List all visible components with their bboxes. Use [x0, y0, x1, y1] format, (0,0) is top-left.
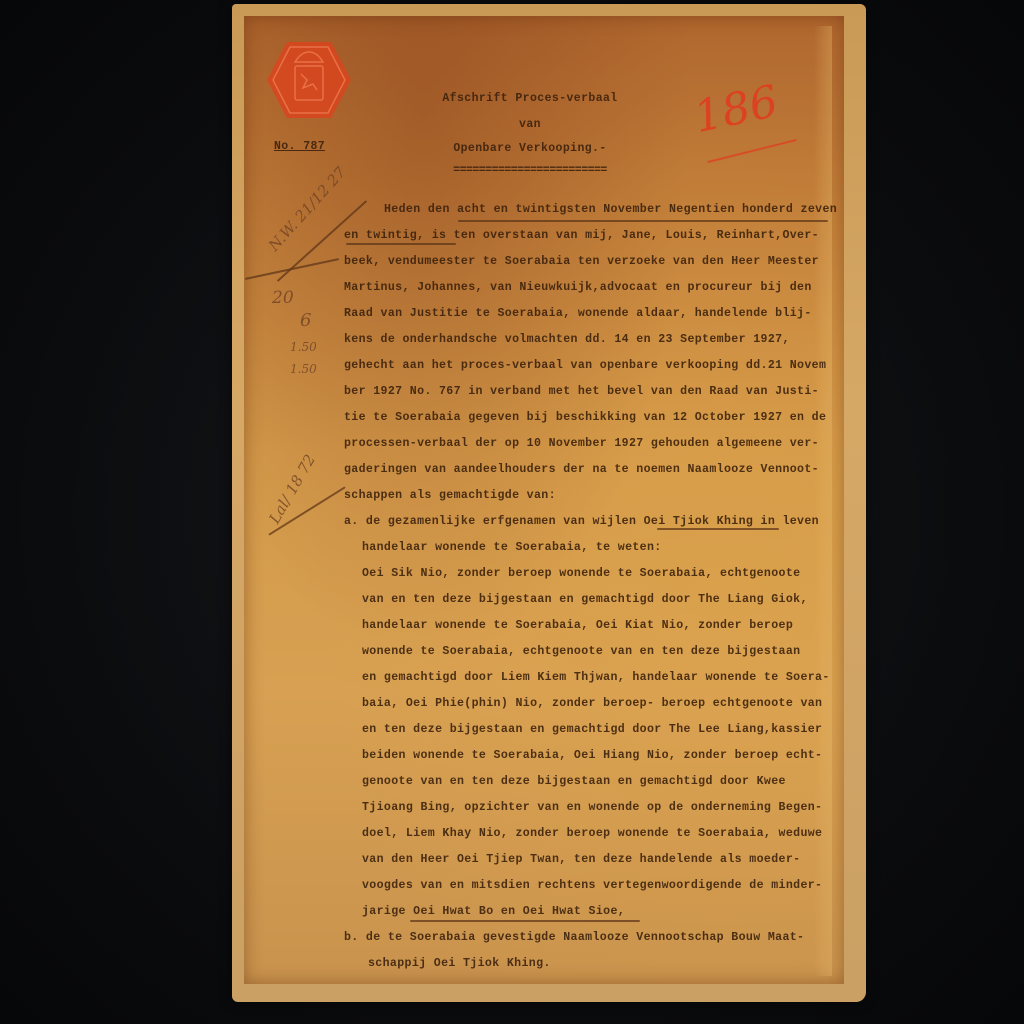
body-text-line: Raad van Justitie te Soerabaia, wonende … [344, 307, 812, 320]
body-text-line: jarige Oei Hwat Bo en Oei Hwat Sioe, [362, 905, 625, 918]
body-text-line: Heden den acht en twintigsten November N… [384, 203, 837, 216]
body-text-line: schappen als gemachtigde van: [344, 489, 556, 502]
body-text-line: beek, vendumeester te Soerabaia ten verz… [344, 255, 819, 268]
body-text-line: voogdes van en mitsdien rechtens vertege… [362, 879, 822, 892]
body-text-line: kens de onderhandsche volmachten dd. 14 … [344, 333, 790, 346]
underline-date [458, 220, 828, 222]
body-text-line: handelaar wonende te Soerabaia, te weten… [362, 541, 662, 554]
body-text-line: b. de te Soerabaia gevestigde Naamlooze … [344, 931, 804, 944]
document-subtitle: Openbare Verkooping.- [400, 142, 660, 155]
body-text-line: en gemachtigd door Liem Kiem Thjwan, han… [362, 671, 830, 684]
underline-name [657, 528, 779, 530]
body-text-line: handelaar wonende te Soerabaia, Oei Kiat… [362, 619, 793, 632]
body-text-line: van en ten deze bijgestaan en gemachtigd… [362, 593, 808, 606]
body-text-line: van den Heer Oei Tjiep Twan, ten deze ha… [362, 853, 800, 866]
margin-note-amount: 20 [272, 288, 294, 308]
body-text-line: en twintig, is ten overstaan van mij, Ja… [344, 229, 819, 242]
margin-note-amount: 6 [300, 310, 311, 331]
title-divider: ======================== [400, 164, 660, 177]
body-text-line: doel, Liem Khay Nio, zonder beroep wonen… [362, 827, 822, 840]
margin-note-amount: 1.50 [290, 340, 317, 354]
body-text-line: genoote van en ten deze bijgestaan en ge… [362, 775, 786, 788]
body-text-line: Oei Sik Nio, zonder beroep wonende te So… [362, 567, 800, 580]
body-text-line: gehecht aan het proces-verbaal van openb… [344, 359, 826, 372]
body-text-line: ber 1927 No. 767 in verband met het beve… [344, 385, 819, 398]
royal-seal-stamp-icon [265, 40, 353, 120]
body-text-line: wonende te Soerabaia, echtgenoote van en… [362, 645, 800, 658]
document-title: Afschrift Proces-verbaal [400, 92, 660, 105]
body-text-line: tie te Soerabaia gegeven bij beschikking… [344, 411, 826, 424]
body-text-line: beiden wonende te Soerabaia, Oei Hiang N… [362, 749, 822, 762]
body-text-line: processen-verbaal der op 10 November 192… [344, 437, 819, 450]
body-text-line: Martinus, Johannes, van Nieuwkuijk,advoc… [344, 281, 812, 294]
body-text-line: gaderingen van aandeelhouders der na te … [344, 463, 819, 476]
underline-date [346, 243, 456, 245]
body-text-line: a. de gezamenlijke erfgenamen van wijlen… [344, 515, 819, 528]
body-text-line: en ten deze bijgestaan en gemachtigd doo… [362, 723, 822, 736]
body-text-line: Tjioang Bing, opzichter van en wonende o… [362, 801, 822, 814]
document-title-van: van [400, 118, 660, 131]
body-text-line: schappij Oei Tjiok Khing. [368, 957, 551, 970]
body-text-line: baia, Oei Phie(phin) Nio, zonder beroep-… [362, 697, 822, 710]
underline-minors [410, 920, 640, 922]
margin-note-amount: 1.50 [290, 362, 317, 376]
document-number: No. 787 [274, 140, 325, 153]
